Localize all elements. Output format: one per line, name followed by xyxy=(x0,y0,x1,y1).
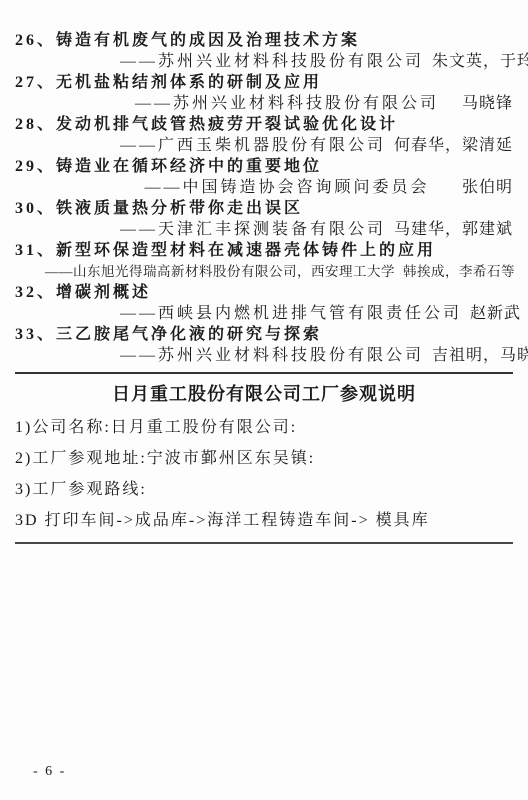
agenda-list: 26、铸造有机废气的成因及治理技术方案 ——苏州兴业材料科技股份有限公司 朱文英… xyxy=(15,0,513,366)
agenda-item-authors: 马晓锋 xyxy=(462,93,513,114)
agenda-item-company: ——天津汇丰探测装备有限公司 xyxy=(120,219,386,240)
agenda-item-detail: ——天津汇丰探测装备有限公司 马建华，郭建斌 xyxy=(15,219,513,240)
agenda-item-title: 31、新型环保造型材料在减速器壳体铸件上的应用 xyxy=(15,240,513,261)
agenda-item: 28、发动机排气歧管热疲劳开裂试验优化设计 ——广西玉柴机器股份有限公司 何春华… xyxy=(15,114,513,156)
visit-info-line-address: 2)工厂参观地址:宁波市鄞州区东吴镇: xyxy=(15,449,513,468)
agenda-item-detail: ——苏州兴业材料科技股份有限公司 朱文英，于玲 xyxy=(15,51,513,72)
agenda-item: 31、新型环保造型材料在减速器壳体铸件上的应用 ——山东旭光得瑞高新材料股份有限… xyxy=(15,240,513,282)
agenda-item: 32、增碳剂概述 ——西峡县内燃机进排气管有限责任公司 赵新武 xyxy=(15,282,513,324)
agenda-item-company: ——山东旭光得瑞高新材料股份有限公司，西安理工大学 xyxy=(45,261,395,282)
agenda-item-title: 27、无机盐粘结剂体系的研制及应用 xyxy=(15,72,513,93)
agenda-item-title: 28、发动机排气歧管热疲劳开裂试验优化设计 xyxy=(15,114,513,135)
agenda-item-detail: ——山东旭光得瑞高新材料股份有限公司，西安理工大学 韩挨成，李希石等 xyxy=(15,261,513,282)
agenda-item-title: 26、铸造有机废气的成因及治理技术方案 xyxy=(15,30,513,51)
agenda-item: 30、铁液质量热分析带你走出误区 ——天津汇丰探测装备有限公司 马建华，郭建斌 xyxy=(15,198,513,240)
agenda-item-detail: ——中国铸造协会咨询顾问委员会 张伯明 xyxy=(15,177,513,198)
agenda-item-detail: ——苏州兴业材料科技股份有限公司 吉祖明，马晓峰 xyxy=(15,345,513,366)
separator-line xyxy=(15,372,513,374)
agenda-item-company: ——广西玉柴机器股份有限公司 xyxy=(120,135,386,156)
agenda-item-authors: 何春华，梁清延 xyxy=(394,135,513,156)
agenda-item-detail: ——西峡县内燃机进排气管有限责任公司 赵新武 xyxy=(15,303,513,324)
separator-line xyxy=(15,542,513,544)
agenda-item-company: ——苏州兴业材料科技股份有限公司 xyxy=(120,51,424,72)
agenda-item: 33、三乙胺尾气净化液的研究与探索 ——苏州兴业材料科技股份有限公司 吉祖明，马… xyxy=(15,324,513,366)
agenda-item-title: 32、增碳剂概述 xyxy=(15,282,513,303)
visit-info-list: 1)公司名称:日月重工股份有限公司: 2)工厂参观地址:宁波市鄞州区东吴镇: 3… xyxy=(15,418,513,530)
agenda-item-detail: ——苏州兴业材料科技股份有限公司 马晓锋 xyxy=(15,93,513,114)
agenda-item-authors: 朱文英，于玲 xyxy=(432,51,528,72)
agenda-item-authors: 马建华，郭建斌 xyxy=(394,219,513,240)
agenda-item-company: ——苏州兴业材料科技股份有限公司 xyxy=(120,93,454,114)
agenda-item: 29、铸造业在循环经济中的重要地位 ——中国铸造协会咨询顾问委员会 张伯明 xyxy=(15,156,513,198)
visit-info-line-route-label: 3)工厂参观路线: xyxy=(15,480,513,499)
agenda-item-authors: 韩挨成，李希石等 xyxy=(403,261,515,282)
agenda-item-company: ——西峡县内燃机进排气管有限责任公司 xyxy=(120,303,462,324)
agenda-item-title: 30、铁液质量热分析带你走出误区 xyxy=(15,198,513,219)
agenda-item-authors: 赵新武 xyxy=(470,303,521,324)
document-page: 26、铸造有机废气的成因及治理技术方案 ——苏州兴业材料科技股份有限公司 朱文英… xyxy=(0,0,528,800)
agenda-item-authors: 吉祖明，马晓峰 xyxy=(432,345,528,366)
agenda-item-company: ——苏州兴业材料科技股份有限公司 xyxy=(120,345,424,366)
agenda-item: 27、无机盐粘结剂体系的研制及应用 ——苏州兴业材料科技股份有限公司 马晓锋 xyxy=(15,72,513,114)
visit-section-title: 日月重工股份有限公司工厂参观说明 xyxy=(15,382,513,406)
agenda-item-title: 33、三乙胺尾气净化液的研究与探索 xyxy=(15,324,513,345)
agenda-item-authors: 张伯明 xyxy=(462,177,513,198)
visit-info-line-company-name: 1)公司名称:日月重工股份有限公司: xyxy=(15,418,513,437)
agenda-item-company: ——中国铸造协会咨询顾问委员会 xyxy=(120,177,454,198)
visit-info-line-route: 3D 打印车间->成品库->海洋工程铸造车间-> 模具库 xyxy=(15,511,513,530)
agenda-item-title: 29、铸造业在循环经济中的重要地位 xyxy=(15,156,513,177)
agenda-item: 26、铸造有机废气的成因及治理技术方案 ——苏州兴业材料科技股份有限公司 朱文英… xyxy=(15,30,513,72)
agenda-item-detail: ——广西玉柴机器股份有限公司 何春华，梁清延 xyxy=(15,135,513,156)
page-number: - 6 - xyxy=(33,764,66,780)
